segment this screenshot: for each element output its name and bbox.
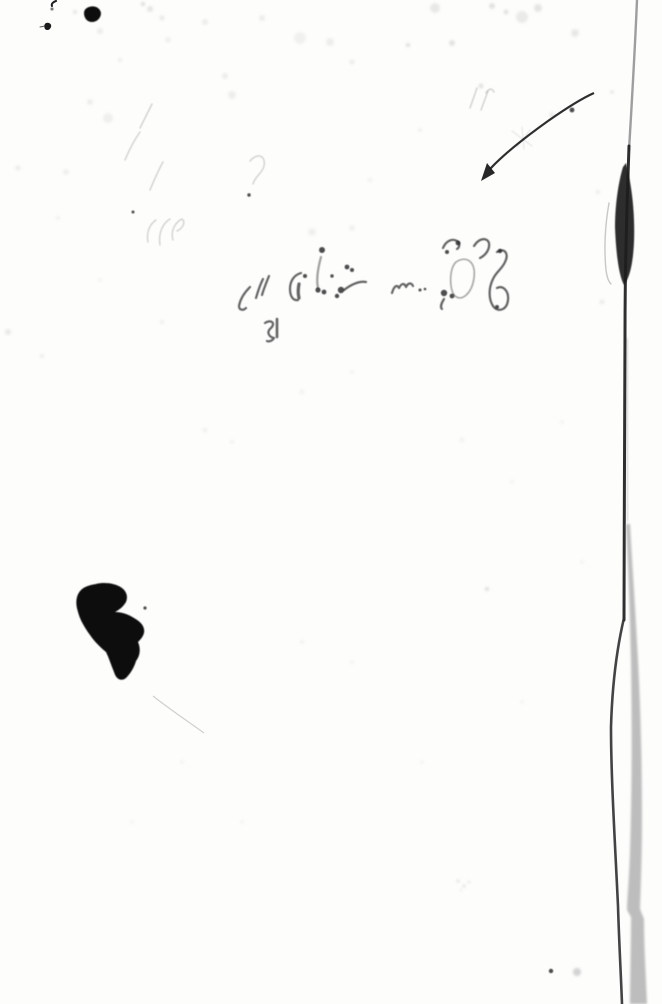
- speck: [166, 38, 171, 43]
- speck: [485, 587, 489, 591]
- speck: [350, 268, 354, 272]
- edge-halo: [627, 340, 628, 520]
- pencil-stroke: [150, 162, 163, 190]
- speck: [349, 225, 355, 231]
- pencil-stroke: [140, 104, 152, 128]
- pencil-stroke: [481, 91, 488, 110]
- speck: [571, 29, 579, 37]
- speck: [303, 274, 307, 278]
- handwriting-stroke: [317, 257, 321, 288]
- speck: [51, 8, 54, 11]
- speck: [430, 3, 440, 13]
- speck: [319, 247, 325, 253]
- speck: [457, 880, 460, 883]
- speck: [495, 305, 499, 309]
- corner-ink-blob: [84, 6, 101, 22]
- speck: [315, 287, 320, 292]
- speck: [479, 84, 484, 89]
- scan-artwork: [0, 0, 662, 1004]
- speck: [103, 113, 113, 123]
- speck: [202, 19, 208, 25]
- edge-lower-line: [611, 618, 624, 1004]
- handwriting-stroke: [239, 287, 250, 310]
- speck: [230, 440, 234, 444]
- speck: [534, 4, 542, 12]
- edge-top-line: [629, 0, 637, 150]
- speck: [510, 480, 514, 484]
- speck: [247, 193, 250, 196]
- handwriting-loop: [451, 259, 475, 298]
- edge-gray-band: [626, 524, 647, 1004]
- speck: [345, 265, 350, 270]
- corner-wedge-tail: [40, 26, 45, 27]
- speck: [322, 290, 327, 295]
- speck: [560, 420, 564, 424]
- speck: [350, 370, 354, 374]
- speck: [573, 968, 581, 976]
- speck: [520, 700, 524, 704]
- speck: [203, 428, 208, 433]
- speck: [468, 881, 471, 884]
- speck: [132, 211, 135, 214]
- speck: [504, 10, 509, 15]
- paper-specks: [5, 2, 614, 976]
- handwriting-descender: [265, 321, 274, 341]
- speck: [160, 320, 164, 324]
- pencil-scribbles: [125, 88, 532, 245]
- speck: [570, 108, 575, 113]
- speck: [445, 250, 449, 254]
- pencil-stroke: [172, 219, 184, 240]
- corner-wedge-mark: [44, 23, 51, 30]
- pen-arrow: [481, 93, 594, 181]
- speck: [350, 60, 355, 65]
- corner-ink-marks: [40, 1, 101, 30]
- speck: [180, 760, 184, 764]
- speck: [118, 58, 122, 62]
- speck: [228, 91, 236, 99]
- speck: [450, 294, 455, 299]
- speck: [460, 889, 462, 891]
- speck: [130, 820, 134, 824]
- speck: [300, 390, 305, 395]
- pencil-stroke: [125, 132, 140, 160]
- speck: [596, 190, 600, 194]
- speck: [498, 249, 502, 253]
- ink-blot: [76, 583, 144, 680]
- edge-bulge-scratch: [605, 203, 611, 284]
- speck: [63, 169, 69, 175]
- speck: [335, 294, 339, 298]
- speck: [300, 640, 304, 644]
- speck: [143, 606, 146, 609]
- speck: [141, 2, 145, 6]
- speck: [87, 99, 93, 105]
- arrow-shaft: [490, 93, 594, 169]
- speck: [516, 11, 528, 23]
- speck: [368, 178, 373, 183]
- handwriting-loop: [490, 250, 508, 309]
- faded-handwriting: [239, 239, 508, 341]
- speck: [56, 216, 60, 220]
- speck: [326, 38, 334, 46]
- binding-edge: [605, 0, 647, 1004]
- speck: [610, 90, 614, 94]
- pencil-question-mark-scribble: [250, 156, 264, 184]
- handwriting-stroke: [298, 284, 299, 298]
- speck: [240, 820, 244, 824]
- corner-squiggle: [52, 1, 56, 6]
- speck: [406, 43, 410, 47]
- pencil-stroke: [470, 88, 477, 108]
- speck: [580, 560, 584, 564]
- speck: [5, 329, 11, 335]
- handwriting-stroke: [474, 239, 489, 258]
- speck: [424, 288, 427, 291]
- speck: [600, 300, 605, 305]
- speck: [460, 438, 465, 443]
- speck: [420, 760, 424, 764]
- scanned-page: [0, 0, 662, 1004]
- speck: [549, 969, 553, 973]
- edge-bulge: [615, 163, 634, 285]
- pencil-stroke: [160, 219, 170, 245]
- speck: [489, 3, 495, 9]
- speck: [147, 6, 153, 12]
- speck: [259, 15, 265, 21]
- speck: [308, 228, 316, 236]
- speck: [449, 40, 455, 46]
- ink-dots: [51, 8, 575, 974]
- pencil-stroke: [147, 220, 156, 242]
- speck: [350, 660, 354, 664]
- speck: [441, 290, 447, 296]
- speck: [463, 885, 466, 888]
- handwriting-stroke: [344, 282, 366, 290]
- pencil-stroke: [486, 89, 494, 93]
- speck: [338, 287, 344, 293]
- speck: [330, 274, 333, 277]
- pencil-asterisk-smudge: [512, 131, 532, 146]
- speck: [98, 278, 102, 282]
- speck: [294, 32, 306, 44]
- speck: [16, 166, 21, 171]
- handwriting-stroke: [392, 283, 413, 293]
- speck: [160, 16, 165, 21]
- speck: [222, 73, 228, 79]
- speck: [40, 354, 44, 358]
- handwriting-stroke: [441, 299, 444, 309]
- speck: [418, 128, 422, 132]
- speck: [419, 289, 422, 292]
- speck: [456, 241, 461, 246]
- speck: [97, 28, 103, 34]
- scratch-line: [153, 696, 204, 733]
- speck: [73, 10, 77, 14]
